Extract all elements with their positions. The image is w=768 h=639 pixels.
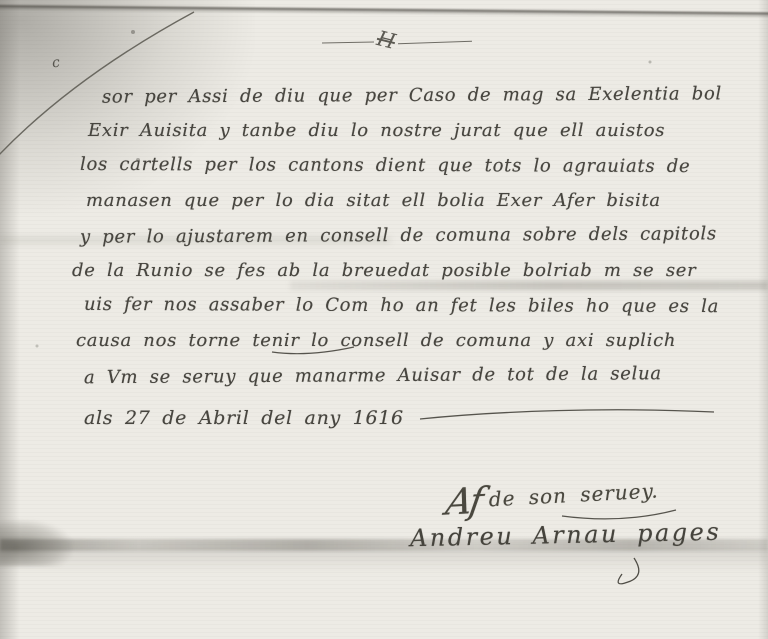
manuscript-line: Exir Auisita y tanbe diu lo nostre jurat…: [72, 120, 732, 155]
manuscript-line: de la Runio se fes ab la breuedat posibl…: [72, 260, 732, 295]
pen-flourish-under-date: [268, 343, 358, 357]
header-mark-letter: H: [375, 29, 397, 51]
manuscript-line: sor per Assi de diu que per Caso de mag …: [72, 83, 732, 121]
header-mark-left-stroke: [322, 41, 374, 43]
manuscript-line: manasen que per lo dia sitat ell bolia E…: [72, 190, 732, 225]
manuscript-line: y per lo ajustarem en consell de comuna …: [72, 223, 732, 261]
manuscript-line: causa nos torne tenir lo consell de comu…: [72, 330, 732, 365]
letter-body: sor per Assi de diu que per Caso de mag …: [72, 85, 732, 435]
manuscript-line: los cartells per los cantons dient que t…: [72, 154, 732, 191]
header-mark-right-stroke: [398, 40, 472, 44]
pen-flourish-after-date: [418, 405, 718, 423]
date-text: als 27 de Abril del any 1616: [84, 407, 404, 429]
folded-corner-bottom-left: [0, 520, 72, 566]
manuscript-line: uis fer nos assaber lo Com ho an fet les…: [72, 294, 732, 331]
manuscript-page: c H sor per Assi de diu que per Caso de …: [0, 0, 768, 639]
manuscript-date-line: als 27 de Abril del any 1616: [72, 400, 732, 435]
header-cross-mark: H: [322, 33, 472, 51]
manuscript-line: a Vm se seruy que manarme Auisar de tot …: [72, 363, 732, 403]
pen-flourish-signature: [598, 556, 668, 590]
closing-monogram: Af: [445, 492, 483, 514]
